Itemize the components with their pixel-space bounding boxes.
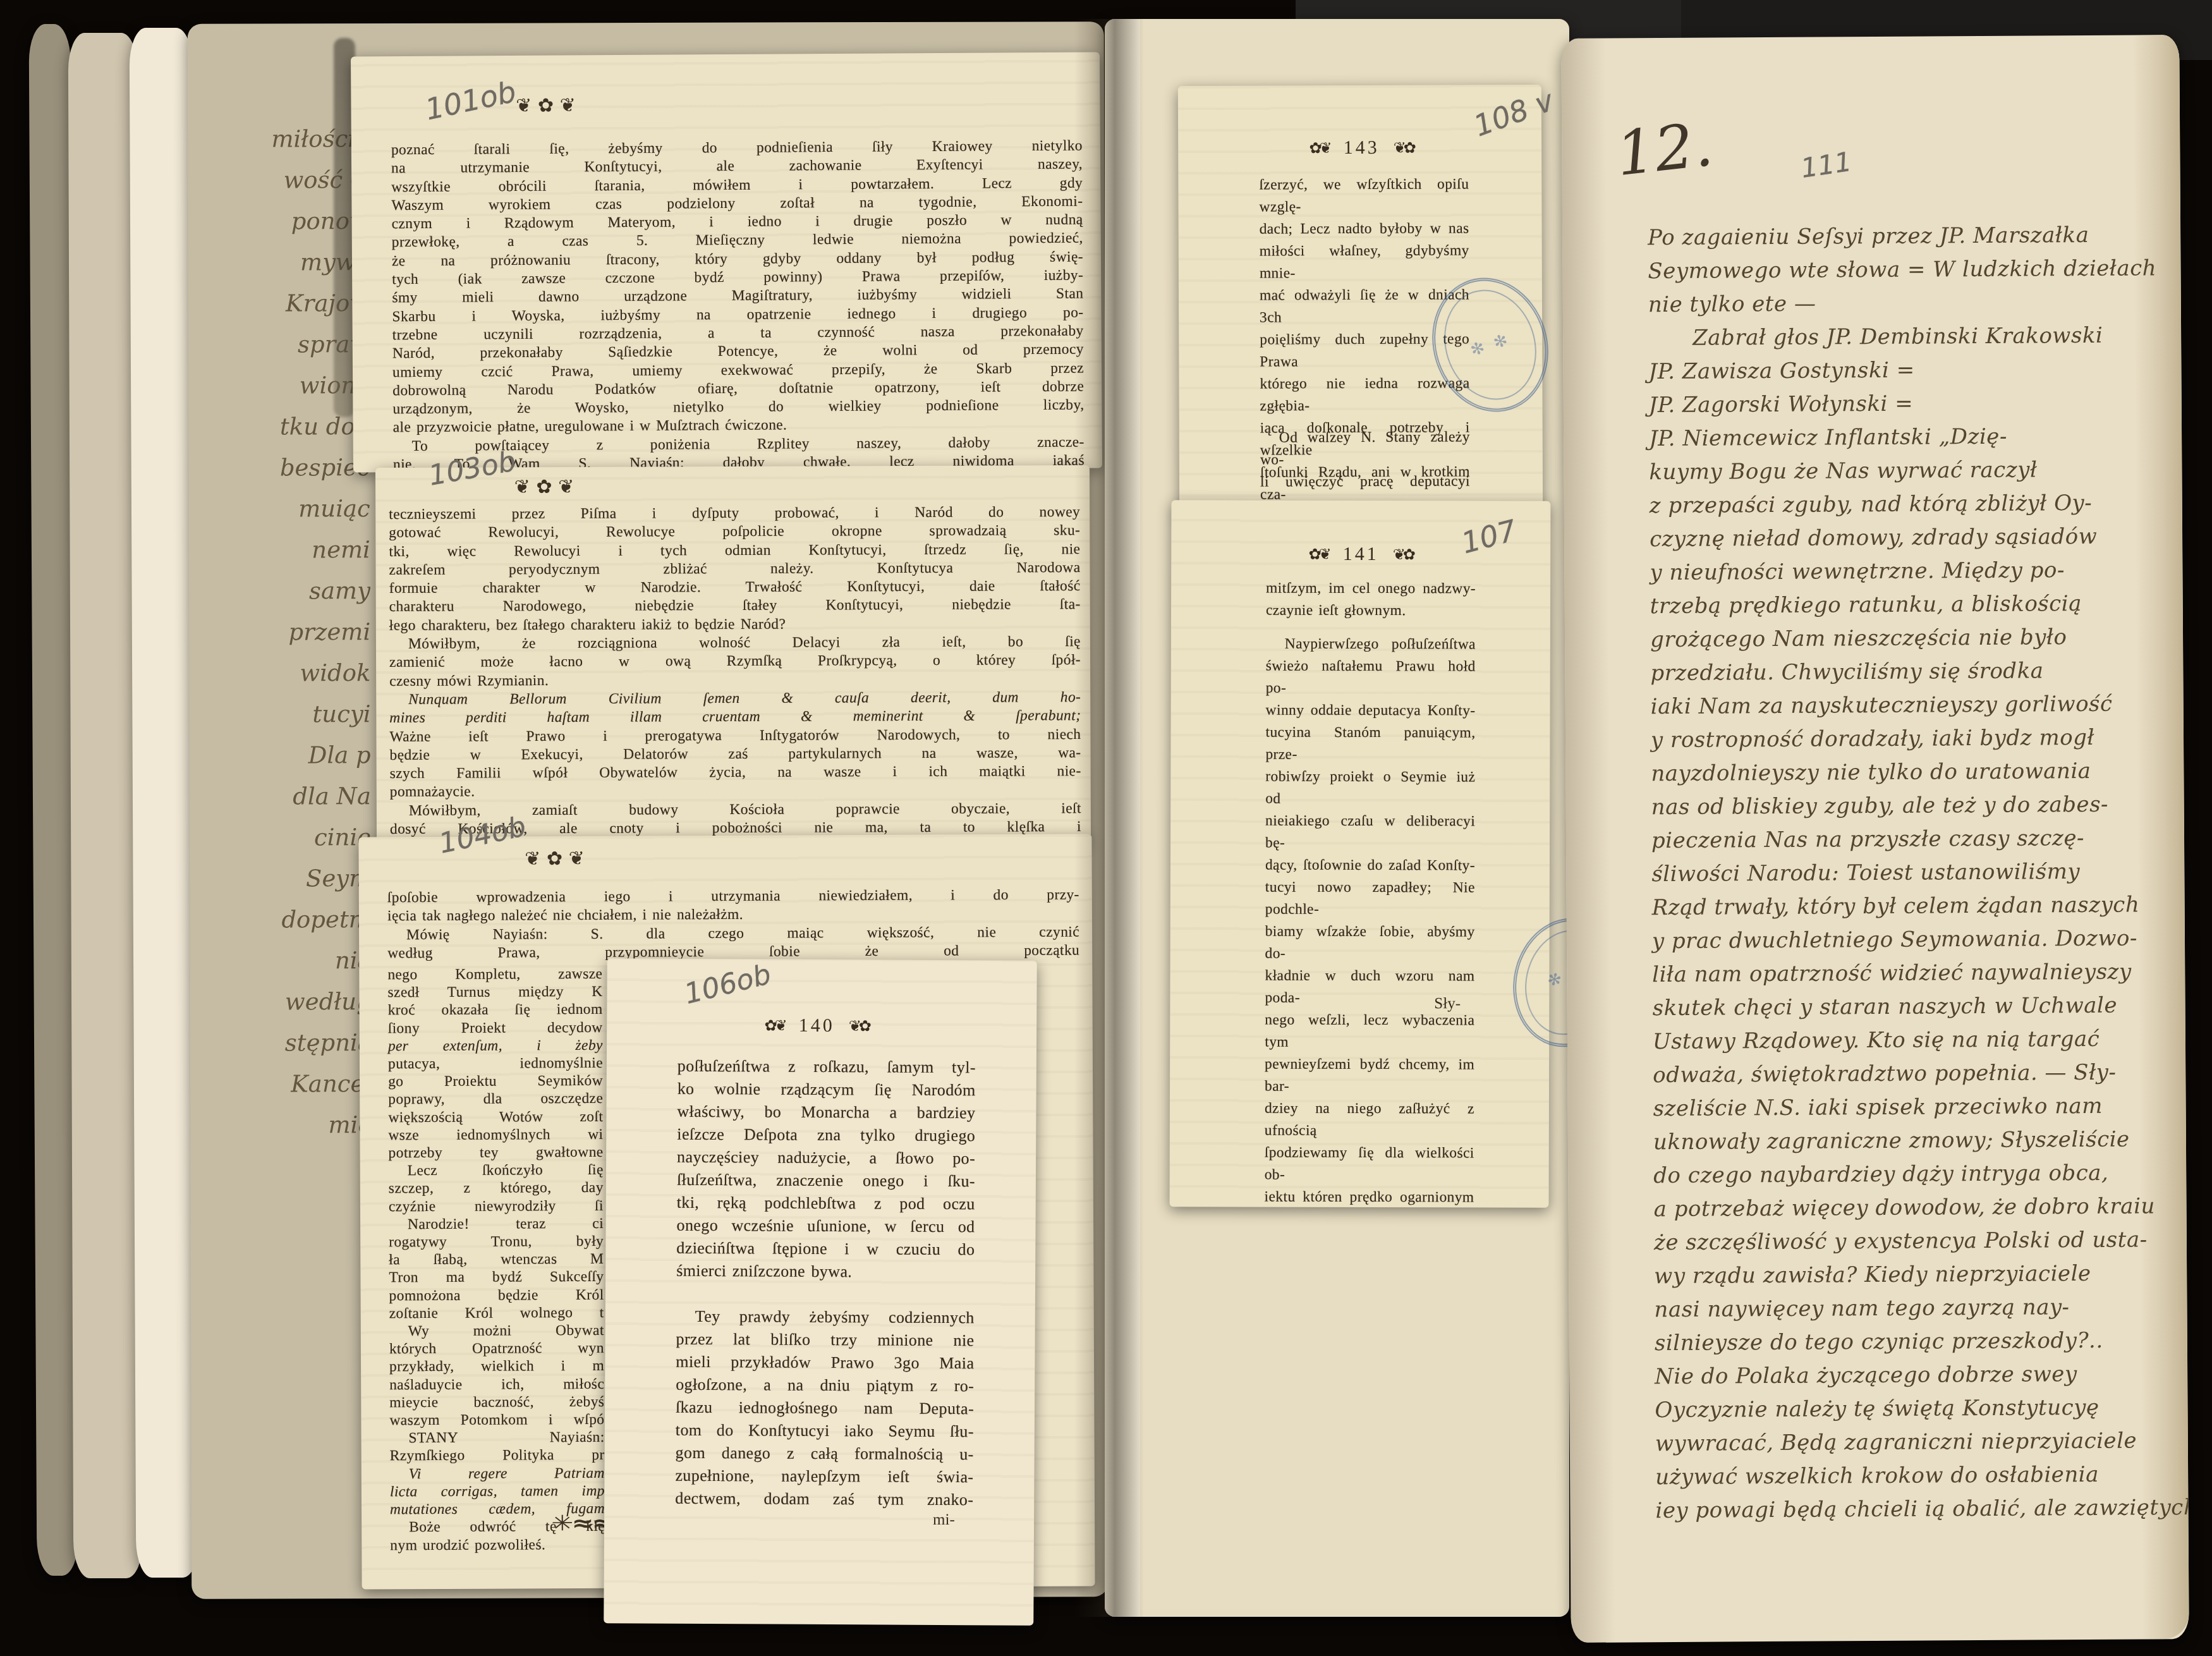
clipping-103: ❦ ✿ ❦ tecznieyszemi przez Piſma i dyſput…: [375, 465, 1091, 843]
print-line: szych Familii wſpół Obywatelów życia, na…: [390, 762, 1081, 783]
folio-number-pencil: 111: [1799, 146, 1853, 184]
manuscript-fragment-line: widok: [234, 652, 370, 694]
folio-number-ink: 12.: [1613, 109, 1717, 190]
manuscript-fragment-line: dopetni: [235, 899, 371, 941]
print-line: Naypierwſzego poſłuſzeńſtwa: [1266, 633, 1476, 656]
print-line: tecznieyszemi przez Piſma i dyſputy prob…: [389, 503, 1080, 524]
manuscript-fragment-line: stępnią: [236, 1022, 372, 1064]
print-line: ięcia tak nagłego należeć nie chciałem, …: [387, 904, 1079, 926]
right-page: 12. 111 Po zagaieniu Seſsyi przez JP. Ma…: [1561, 35, 2189, 1643]
print-line: winny oddaie deputacya Konſty-: [1266, 700, 1476, 722]
print-line: putacya, iednomyślnie: [388, 1054, 603, 1073]
printed-page-number: 140: [799, 1015, 835, 1037]
print-line: ſpoſobie wprowadzenia iego i utrzymania …: [387, 886, 1079, 908]
page-number-header: ✿❦ 143 ❦✿: [1267, 137, 1456, 159]
print-line: łego charakteru, bez ſtałego charakteru …: [389, 614, 1081, 635]
print-line: nieiakiego czaſu w deliberacyi bę-: [1265, 810, 1475, 855]
manuscript-fragment-line: dla Na: [235, 776, 371, 817]
manuscript-line: uknowały zagraniczne zmowy; Słyszeliście: [1653, 1123, 2159, 1159]
manuscript-line: y nieufności wewnętrzne. Między po-: [1650, 553, 2155, 590]
manuscript-fragment-line: Kancel: [236, 1063, 372, 1105]
manuscript-line: czyznę nieład domowy, zdrady sąsiadów: [1650, 520, 2155, 556]
print-line: tom do Konſtytucyi iako Seymu ſłu-: [676, 1419, 974, 1443]
manuscript-line: Zabrał głos JP. Dembinski Krakowski: [1648, 319, 2154, 355]
print-line: dący, ſtoſownie do zaſad Konſty-: [1265, 855, 1475, 877]
manuscript-fragment-line: samy: [234, 570, 370, 612]
print-line: nym urodzić pozwoliłeś.: [390, 1535, 605, 1554]
print-line: dziey na niego zaſłużyć z ufnością: [1265, 1098, 1474, 1143]
manuscript-line: z przepaści zguby, nad którą zbliżył Oy-: [1650, 486, 2155, 523]
middle-leaf: ✿❦ 143 ❦✿ ſzerzyć, we wſzyſtkich opiſu w…: [1105, 19, 1569, 1617]
print-line: ko wolnie rządzącym ſię Narodóm: [678, 1078, 976, 1102]
header-ornament-icon: ❦✿: [1394, 139, 1414, 157]
manuscript-fragment-line: przemi: [234, 611, 370, 653]
clipping-141-paragraph-2: Naypierwſzego poſłuſzeńſtwaświeżo naſtał…: [1264, 633, 1475, 1208]
manuscript-fragment-line: tucyi: [235, 693, 371, 735]
catchword: Sły-: [1434, 995, 1461, 1013]
print-line: mieycie baczność, żebyś: [389, 1393, 604, 1412]
print-line: czesny mówi Rzymianin.: [389, 670, 1081, 691]
manuscript-line: śliwości Narodu: Toiest ustanowiliśmy: [1651, 855, 2157, 891]
manuscript-fragment-line: mie: [236, 1104, 372, 1146]
manuscript-line: nie tylko ete —: [1648, 285, 2154, 322]
print-line: świeżo naſtałemu Prawu hołd po-: [1266, 655, 1476, 700]
manuscript-line: Po zagaieniu Seſsyi przez JP. Marszałka: [1648, 218, 2153, 255]
manuscript-fragment-line: Dla p: [235, 734, 371, 776]
header-ornament-icon: ✿❦: [764, 1017, 784, 1035]
manuscript-fragment-line: nia: [236, 940, 372, 982]
printed-page-number: 141: [1343, 544, 1379, 565]
print-line: gom danego z całą formalnością u-: [676, 1442, 974, 1466]
clipping-104-text-column: nego Kompletu, zawszeszedł Turnus między…: [387, 965, 605, 1554]
header-ornament-icon: ❦✿: [1393, 545, 1413, 563]
print-line: tucyi nowo zapadłey; Nie podchle-: [1265, 877, 1475, 922]
print-line: poſłuſzeńſtwa z roſkazu, ſamym tyl-: [678, 1055, 976, 1079]
print-line: biamy wſzakże ſobie, abyśmy do-: [1265, 921, 1475, 966]
manuscript-line: wywracać, Będą zagraniczni nieprzyiaciel…: [1655, 1424, 2161, 1461]
book-scan: miłościąwość OponowmywaKrajowsprawwionet…: [0, 0, 2212, 1656]
print-line: dectwem, dodam zaś tym znako-: [675, 1487, 973, 1511]
manuscript-fragment-line: cinie: [235, 817, 371, 858]
manuscript-line: iaki Nam za nayskutecznieyszy gorliwość: [1651, 687, 2156, 724]
print-line: nayczęściey nadużycie, a ſłowo po-: [677, 1146, 975, 1170]
manuscript-text-block: Po zagaieniu Seſsyi przez JP. MarszałkaS…: [1648, 218, 2161, 1528]
manuscript-line: JP. Zawisza Gostynski =: [1648, 352, 2154, 389]
header-ornament-icon: ❦✿: [849, 1017, 869, 1035]
print-line: waszym Potomkom i wſpó: [389, 1411, 604, 1430]
print-line: per extenſum, i żeby: [388, 1037, 603, 1056]
clipping-141: ✿❦ 141 ❦✿ mitſzym, im cel onego nadzwy-c…: [1170, 500, 1551, 1208]
manuscript-line: kuymy Bogu że Nas wyrwać raczył: [1649, 453, 2154, 489]
manuscript-line: Seymowego wte słowa = W ludzkich dziełac…: [1648, 252, 2153, 288]
manuscript-line: grożącego Nam nieszczęścia nie było: [1650, 620, 2156, 657]
print-line: tki, ręką podchlebſtwa z pod oczu: [677, 1191, 975, 1215]
print-line: rogatywy Tronu, były: [389, 1233, 604, 1251]
print-line: czyźnie niewyrodziły ſi: [389, 1196, 604, 1215]
printed-page-number: 143: [1344, 137, 1380, 159]
print-line: miłości właſney, gdybyśmy mnie-: [1260, 240, 1469, 284]
print-line: Tron ma bydź Sukceſſy: [389, 1268, 604, 1287]
print-line: dziecińſtwa ſtępione i w czuciu do: [676, 1237, 975, 1261]
header-ornament-icon: ✿❦: [1308, 545, 1328, 563]
manuscript-line: Rząd trwały, który był celem żądan naszy…: [1652, 888, 2158, 925]
print-line: pewnieyſzemi bydź chcemy, im bar-: [1265, 1054, 1474, 1099]
clipping-140-paragraph-1: poſłuſzeńſtwa z roſkazu, ſamym tyl-ko wo…: [676, 1055, 976, 1284]
gutter-shade: [1561, 39, 1615, 1643]
print-line: Rzymſkiego Polityka pr: [390, 1446, 605, 1465]
page-number-header: ✿❦ 141 ❦✿: [1266, 544, 1455, 566]
print-line: ła ſłabą, wtenczas M: [389, 1250, 604, 1269]
print-line: przez lat bliſko trzy minione nie: [676, 1328, 975, 1352]
manuscript-line: liła nam opatrzność widzieć naywalnieysz…: [1652, 955, 2158, 992]
catchword: mi-: [933, 1511, 955, 1529]
manuscript-line: wy rządu zawisła? Kiedy nieprzyiaciele: [1654, 1257, 2160, 1293]
manuscript-line: skutek chęci y staran naszych w Uchwale: [1652, 989, 2158, 1025]
clipping-140-paragraph-2: Tey prawdy żebyśmy codziennychprzez lat …: [675, 1305, 975, 1511]
print-line: zoſtanie Król wolnego t: [389, 1304, 604, 1323]
manuscript-line: iey powagi będą chcieli ią obalić, ale z…: [1655, 1491, 2161, 1528]
print-line: ſiony Proiekt decydow: [388, 1018, 603, 1037]
print-line: iektu któren prędko ogarnionym: [1265, 1186, 1474, 1208]
manuscript-fragment-line: Seym: [235, 858, 371, 899]
print-line: dach; Lecz nadto byłoby w nas: [1260, 217, 1469, 240]
manuscript-line: nasi naywięcey nam tego zayrzą nay-: [1654, 1290, 2160, 1327]
print-line: będzie w Exekucyi, Delatorów zaś partyku…: [390, 744, 1081, 765]
print-line: naśladuycie ich, miłośc: [389, 1375, 604, 1394]
manuscript-line: JP. Zagorski Wołynski =: [1649, 386, 2154, 422]
print-line: przykłady, wielkich i m: [389, 1357, 604, 1376]
print-line: mines perditi haſtam illam cruentam & me…: [389, 707, 1081, 728]
print-line: pomnożona będzie Król: [389, 1286, 604, 1305]
print-line: ſpodziewamy ſię dla wielkości ob-: [1265, 1142, 1474, 1187]
print-line: Narodzie! teraz ci: [389, 1215, 604, 1234]
clipping-141-paragraph-1: mitſzym, im cel onego nadzwy-czaynie ieſ…: [1266, 578, 1476, 623]
manuscript-line: że szczęśliwość y exystencya Polski od u…: [1654, 1223, 2160, 1260]
print-line: Tey prawdy żebyśmy codziennych: [676, 1305, 975, 1329]
clipping-101-text: poznać ſtarali ſię, żebyśmy do podnieſie…: [391, 137, 1085, 473]
manuscript-fragment-line: według: [236, 981, 372, 1023]
print-line: mieli przykładów Prawo 3go Maia: [676, 1351, 974, 1375]
print-line: mitſzym, im cel onego nadzwy-: [1266, 578, 1476, 600]
print-line: Lecz ſkończyło ſię: [389, 1161, 604, 1180]
print-line: potrzeby tey gwałtowne: [389, 1143, 604, 1162]
print-line: Mówię Nayiaśn: S. dla czego maiąc większ…: [387, 923, 1079, 944]
clipping-104-text-full: ſpoſobie wprowadzenia iego i utrzymania …: [387, 886, 1080, 963]
manuscript-line: JP. Niemcewicz Inflantski „Dzię-: [1649, 419, 2154, 456]
print-line: charakteru Narodowego, niebędzie ſtałey …: [389, 596, 1081, 617]
manuscript-line: y prac dwuchletniego Seymowania. Dozwo-: [1652, 922, 2158, 958]
manuscript-line: do czego naybardziey dąży intryga obca,: [1653, 1156, 2159, 1193]
print-line: ogłoſzone, a na dniu piątym z ro-: [676, 1373, 974, 1397]
print-line: ſkazu iednogłośnego nam Deputa-: [676, 1396, 974, 1420]
manuscript-line: pieczenia Nas na przyszłe czasy szczę-: [1651, 821, 2157, 858]
print-line: śmierci zniſzczone bywa.: [676, 1260, 975, 1284]
print-line: Mówiłbym, że rozciągniona wolność Delacy…: [389, 633, 1081, 654]
manuscript-line: y rostropność doradzały, iaki bydz mogł: [1651, 721, 2156, 757]
print-line: tki, więc Rewolucyi i tych odmian Konſty…: [389, 540, 1080, 561]
print-line: zupełnione, naylepſzym ieſt świa-: [675, 1464, 973, 1489]
manuscript-fragment-line: muiąc: [234, 488, 370, 530]
header-ornament-icon: ❦ ✿ ❦: [485, 848, 624, 870]
print-line: Wy możni Obywat: [389, 1322, 604, 1341]
print-line: poprawy, dla oszczędze: [388, 1090, 603, 1109]
manuscript-line: używać wszelkich krokow do osłabienia: [1655, 1458, 2161, 1494]
manuscript-line: nayzdolnieyszy nie tylko do uratowania: [1651, 754, 2156, 791]
print-line: tucyina Stanóm panuiącym, prze-: [1265, 722, 1475, 767]
print-line: onego wcześnie uſunione, w ſercu od: [676, 1214, 975, 1238]
manuscript-line: Nie do Polaka życzącego dobrze swey: [1655, 1357, 2160, 1394]
print-line: formuie charakter w Narodzie. Trwałość K…: [389, 577, 1081, 598]
manuscript-fragment-line: nemi: [234, 529, 370, 571]
print-line: Ważne ieſt Prawo i prerogatywa Inſtygato…: [389, 726, 1081, 746]
print-line: zamienić może łacno w ową Rzymſką Proſkr…: [389, 651, 1081, 672]
print-line: właściwy, bo Monarcha a bardziey: [677, 1100, 975, 1124]
manuscript-line: odważa, świętokradztwo popełnia. — Sły-: [1653, 1056, 2158, 1092]
print-line: szedł Turnus między K: [387, 983, 602, 1002]
print-line: czaynie ieſt głownym.: [1266, 600, 1476, 623]
manuscript-line: silnieysze do tego czyniąc przeszkody?..: [1655, 1324, 2160, 1360]
clipping-140: ✿❦ 140 ❦✿ poſłuſzeńſtwa z roſkazu, ſamym…: [604, 958, 1036, 1626]
print-line: kroć okazała ſię iednom: [388, 1001, 603, 1020]
book-gutter-shadow: [1074, 19, 1144, 1617]
manuscript-line: przedziału. Chwyciliśmy się środka: [1650, 654, 2156, 690]
print-line: ſzerzyć, we wſzyſtkich opiſu wzglę-: [1259, 173, 1469, 218]
manuscript-line: Oyczyznie należy tę świętą Konstytucyę: [1655, 1391, 2160, 1427]
print-line: których Opatrzność wyn: [389, 1339, 604, 1358]
clipping-103-text: tecznieyszemi przez Piſma i dyſputy prob…: [389, 503, 1081, 843]
manuscript-line: trzebą prędkiego ratunku, a bliskością: [1650, 587, 2156, 623]
print-line: wsze iednomyślnych wi: [388, 1126, 603, 1145]
manuscript-line: szeliście N.S. iaki spisek przeciwko nam: [1653, 1089, 2158, 1126]
manuscript-line: Ustawy Rządowey. Kto się na nią targać: [1653, 1022, 2158, 1059]
print-line: STANY Nayiaśn:: [389, 1428, 604, 1447]
print-line: Vi regere Patriam: [390, 1464, 605, 1483]
print-line: licta corrigas, tamen imp: [390, 1482, 605, 1501]
print-line: pomnażaycie.: [390, 781, 1081, 802]
print-line: ieſzcze Deſpota zna tylko drugiego: [677, 1123, 975, 1147]
print-line: szczep, z którego, day: [389, 1179, 604, 1198]
print-line: którego nie iedna rozwaga zgłębia-: [1260, 372, 1469, 417]
manuscript-fragment-line: bespiec: [234, 447, 370, 489]
manuscript-line: a potrzebaż więcey dowodow, że dobro kra…: [1653, 1190, 2159, 1226]
header-ornament-icon: ✿❦: [1309, 139, 1329, 157]
print-line: go Proiektu Seymików: [388, 1072, 603, 1091]
print-line: robiwſzy proiekt o Seymie iuż od: [1265, 766, 1475, 811]
print-line: Nunquam Bellorum Civilium ſemen & cauſa …: [389, 688, 1081, 709]
page-number-header: ✿❦ 140 ❦✿: [722, 1014, 911, 1037]
print-line: nego weſzli, lecz wybaczenia tym: [1265, 1009, 1474, 1054]
print-line: zakreſem peryodycznym zbliżać należy. Ko…: [389, 559, 1080, 580]
print-line: ſłuſzeńſtwa, znaczenie onego i ſku-: [677, 1169, 975, 1193]
print-line: nego Kompletu, zawsze: [387, 965, 602, 984]
print-line: większością Wotów zoſt: [388, 1107, 603, 1126]
print-line: Od waſzey N. Stany zależy wo-: [1260, 426, 1470, 471]
manuscript-line: nas od bliskiey zguby, ale też y do zabe…: [1651, 788, 2157, 824]
print-line: gotować Rewolucyi, Rewolucye poſpolicie …: [389, 521, 1080, 542]
